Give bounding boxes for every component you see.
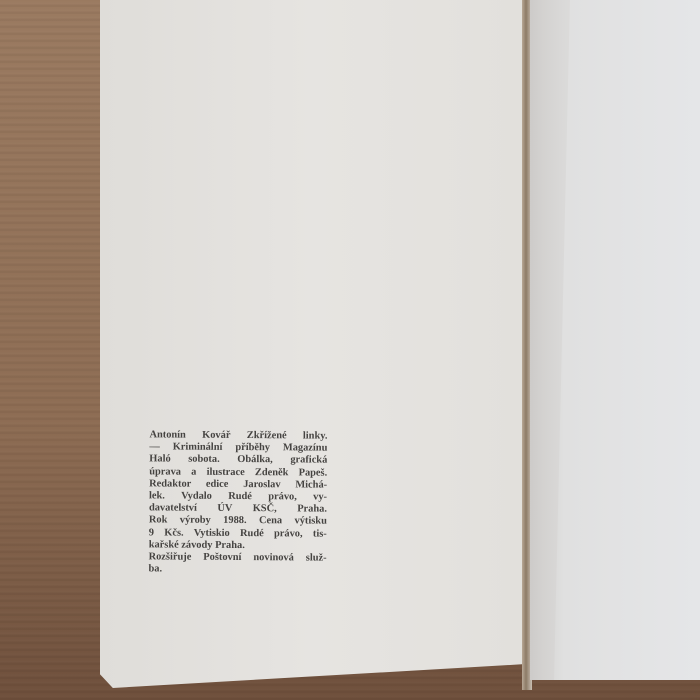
imprint-text-block: Antonín Kovář Zkřížené linky. — Kriminál… <box>148 429 327 577</box>
imprint-line: 9 Kčs. Vytiskio Rudé právo, tis- <box>149 527 327 540</box>
imprint-line: úprava a ilustrace Zdeněk Papeš. <box>149 466 327 479</box>
imprint-line: ba. <box>148 564 326 577</box>
imprint-line: Haló sobota. Obálka, grafická <box>149 454 327 467</box>
imprint-line: Rozšiřuje Poštovní novinová služ- <box>149 551 327 564</box>
imprint-line: Rok výroby 1988. Cena výtisku <box>149 515 327 528</box>
book-back-page <box>100 0 528 688</box>
